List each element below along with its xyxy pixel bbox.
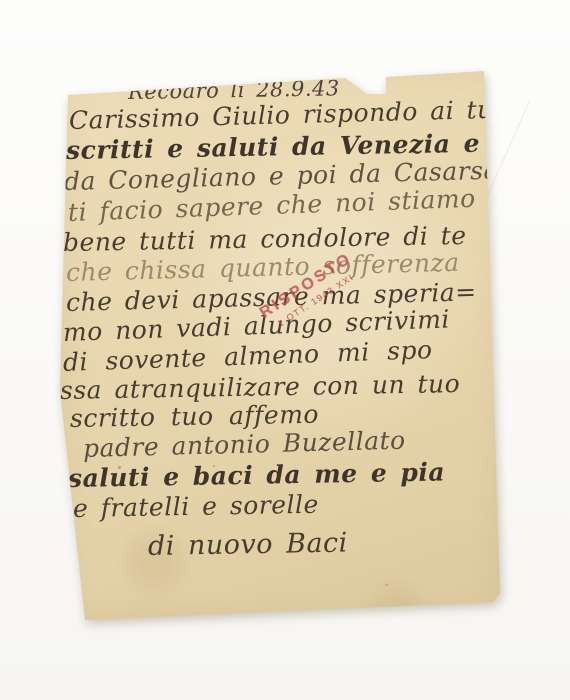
letter-paper: Recoaro li 28.9.43Carissimo Giulio rispo… — [55, 64, 510, 630]
letter-line-11: ssa atranquilizare con un tuo — [60, 369, 461, 405]
paper-shadow-wrap: Recoaro li 28.9.43Carissimo Giulio rispo… — [0, 0, 570, 700]
ink-speck — [213, 465, 215, 467]
letter-line-16: di nuovo Baci — [148, 528, 348, 562]
ink-speck — [118, 466, 121, 469]
letter-line-15: e fratelli e sorelle — [73, 490, 319, 523]
paper-stain — [385, 584, 388, 586]
letter-line-14: saluti e baci da me e pia — [68, 457, 446, 493]
scanned-letter-photo: Recoaro li 28.9.43Carissimo Giulio rispo… — [0, 0, 570, 700]
